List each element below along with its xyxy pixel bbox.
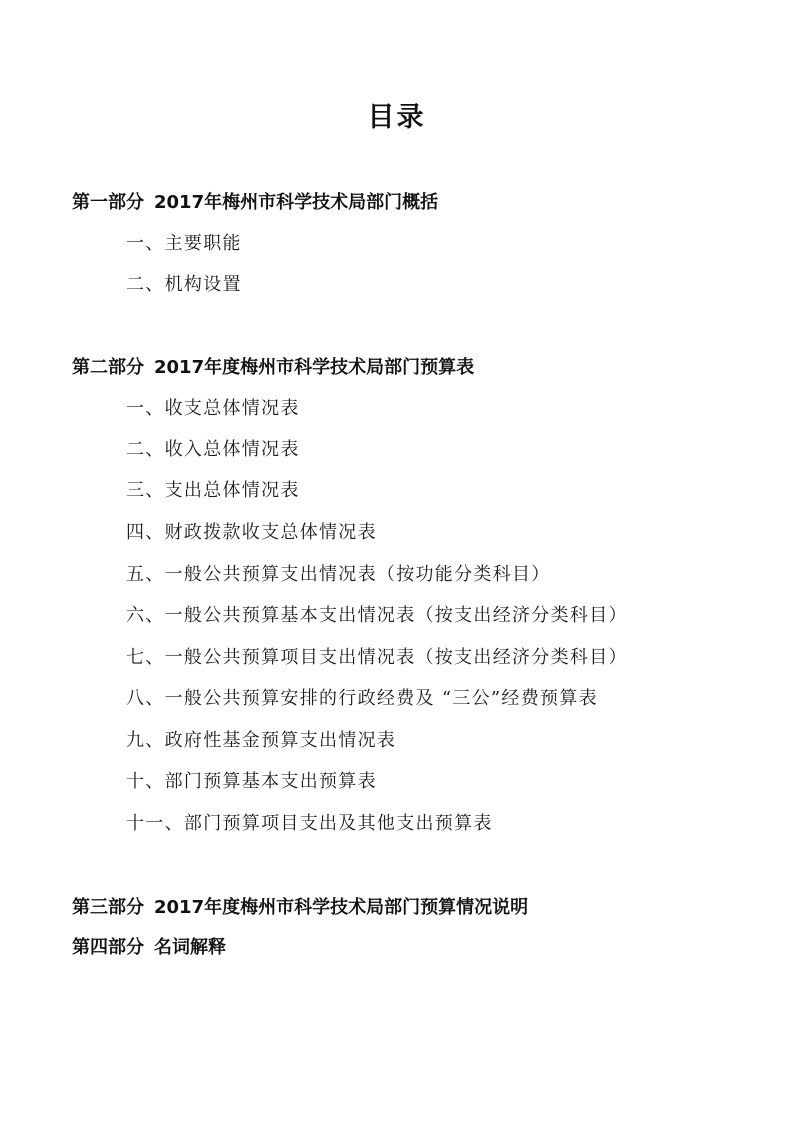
toc-item[interactable]: 一、收支总体情况表: [126, 396, 300, 422]
toc-item[interactable]: 十一、部门预算项目支出及其他支出预算表: [126, 811, 493, 837]
toc-item[interactable]: 二、收入总体情况表: [126, 437, 300, 463]
part-label: 第三部分: [72, 897, 144, 918]
toc-part-4[interactable]: 第四部分名词解释: [72, 935, 226, 961]
toc-item[interactable]: 二、机构设置: [126, 272, 242, 298]
page-title: 目录: [0, 98, 793, 138]
toc-part-2[interactable]: 第二部分2017年度梅州市科学技术局部门预算表: [72, 355, 474, 381]
toc-item[interactable]: 九、政府性基金预算支出情况表: [126, 728, 396, 754]
toc-part-3[interactable]: 第三部分2017年度梅州市科学技术局部门预算情况说明: [72, 895, 528, 921]
toc-item[interactable]: 三、支出总体情况表: [126, 478, 300, 504]
part-label: 第一部分: [72, 192, 144, 213]
part-heading: 2017年度梅州市科学技术局部门预算情况说明: [154, 897, 528, 918]
toc-item[interactable]: 八、一般公共预算安排的行政经费及 “三公”经费预算表: [126, 686, 598, 712]
part-heading: 2017年梅州市科学技术局部门概括: [154, 192, 438, 213]
toc-item[interactable]: 十、部门预算基本支出预算表: [126, 769, 377, 795]
toc-item[interactable]: 四、财政拨款收支总体情况表: [126, 520, 377, 546]
toc-item[interactable]: 一、主要职能: [126, 231, 242, 257]
document-page: 目录 第一部分2017年梅州市科学技术局部门概括 一、主要职能 二、机构设置 第…: [0, 0, 793, 1122]
part-label: 第四部分: [72, 937, 144, 958]
toc-item[interactable]: 五、一般公共预算支出情况表（按功能分类科目）: [126, 562, 551, 588]
toc-item[interactable]: 七、一般公共预算项目支出情况表（按支出经济分类科目）: [126, 645, 628, 671]
toc-item[interactable]: 六、一般公共预算基本支出情况表（按支出经济分类科目）: [126, 603, 628, 629]
part-label: 第二部分: [72, 357, 144, 378]
part-heading: 2017年度梅州市科学技术局部门预算表: [154, 357, 474, 378]
toc-part-1[interactable]: 第一部分2017年梅州市科学技术局部门概括: [72, 190, 438, 216]
part-heading: 名词解释: [154, 937, 226, 958]
